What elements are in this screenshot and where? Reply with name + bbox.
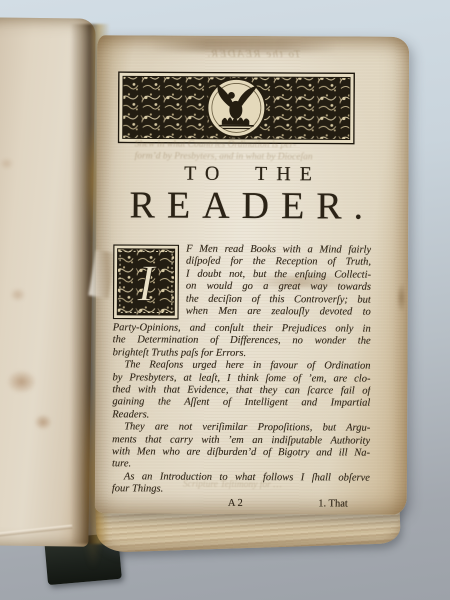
text-line: F Men read Books with a Mind fairly: [186, 244, 371, 257]
text-line: when Men are zealouſly devoted to: [186, 306, 371, 319]
foxing-spot: [0, 157, 14, 169]
drop-cap-block: I: [113, 244, 179, 322]
text-line: They are not veriſimilar Propoſitions, b…: [112, 421, 370, 435]
body-text-block: I F Men read Books with a Mind fairlydiſ…: [112, 243, 371, 514]
edge-wear-notch: [397, 283, 406, 313]
text-line: Shew in what Countries Ordination is per…: [135, 139, 375, 152]
first-paragraph-with-dropcap: I F Men read Books with a Mind fairlydiſ…: [113, 243, 371, 323]
text-line: diſpoſed for the Reception of Truth,: [186, 256, 371, 269]
catchword: 1. That: [318, 499, 348, 510]
foxing-spot: [34, 414, 52, 430]
foxing-spot: [10, 288, 26, 302]
text-line: the Determination of Differences, no won…: [113, 335, 371, 349]
headpiece-ornament-icon: [118, 71, 355, 144]
signature-mark: A 2: [228, 498, 243, 509]
foxing-spot: [6, 370, 36, 394]
paragraph-3: They are not veriſimilar Propoſitions, b…: [112, 421, 370, 472]
showthrough-lines: Shew in what Countries Ordination is per…: [135, 139, 375, 163]
text-line: the deciſion of this Controverſy; but: [186, 293, 371, 306]
page-title-reader: READER.: [96, 183, 408, 229]
showthrough-footer: Scripture Teſtimony for …: [183, 480, 373, 491]
right-page: To the READER.: [95, 35, 409, 515]
showthrough-header: To the READER.: [97, 47, 409, 61]
paragraph-1-full: Party-Opinions, and conſult their Prejud…: [113, 322, 371, 361]
text-line: with Men who are diſburden’d of Bigotry …: [112, 446, 370, 460]
ornamental-initial-icon: I: [113, 244, 179, 319]
book-photo-scene: To the READER.: [0, 0, 450, 600]
text-line: ments that carry with ’em an indiſputabl…: [112, 434, 370, 448]
drop-cap-letter: I: [136, 255, 157, 312]
text-line: I doubt not, but the enſuing Collecti-: [186, 268, 371, 281]
text-line: on would go a great way towards: [186, 281, 371, 294]
text-line: The Reaſons urged here in favour of Ordi…: [112, 359, 370, 373]
paper-crease: [0, 525, 72, 539]
page-footer: A 2 1. That: [112, 498, 370, 514]
paragraph-2: The Reaſons urged here in favour of Ordi…: [112, 359, 370, 422]
text-line: gaining the Aſſent of Intelligent and Im…: [112, 397, 370, 411]
paragraph-1-narrow: F Men read Books with a Mind fairlydiſpo…: [186, 244, 371, 324]
